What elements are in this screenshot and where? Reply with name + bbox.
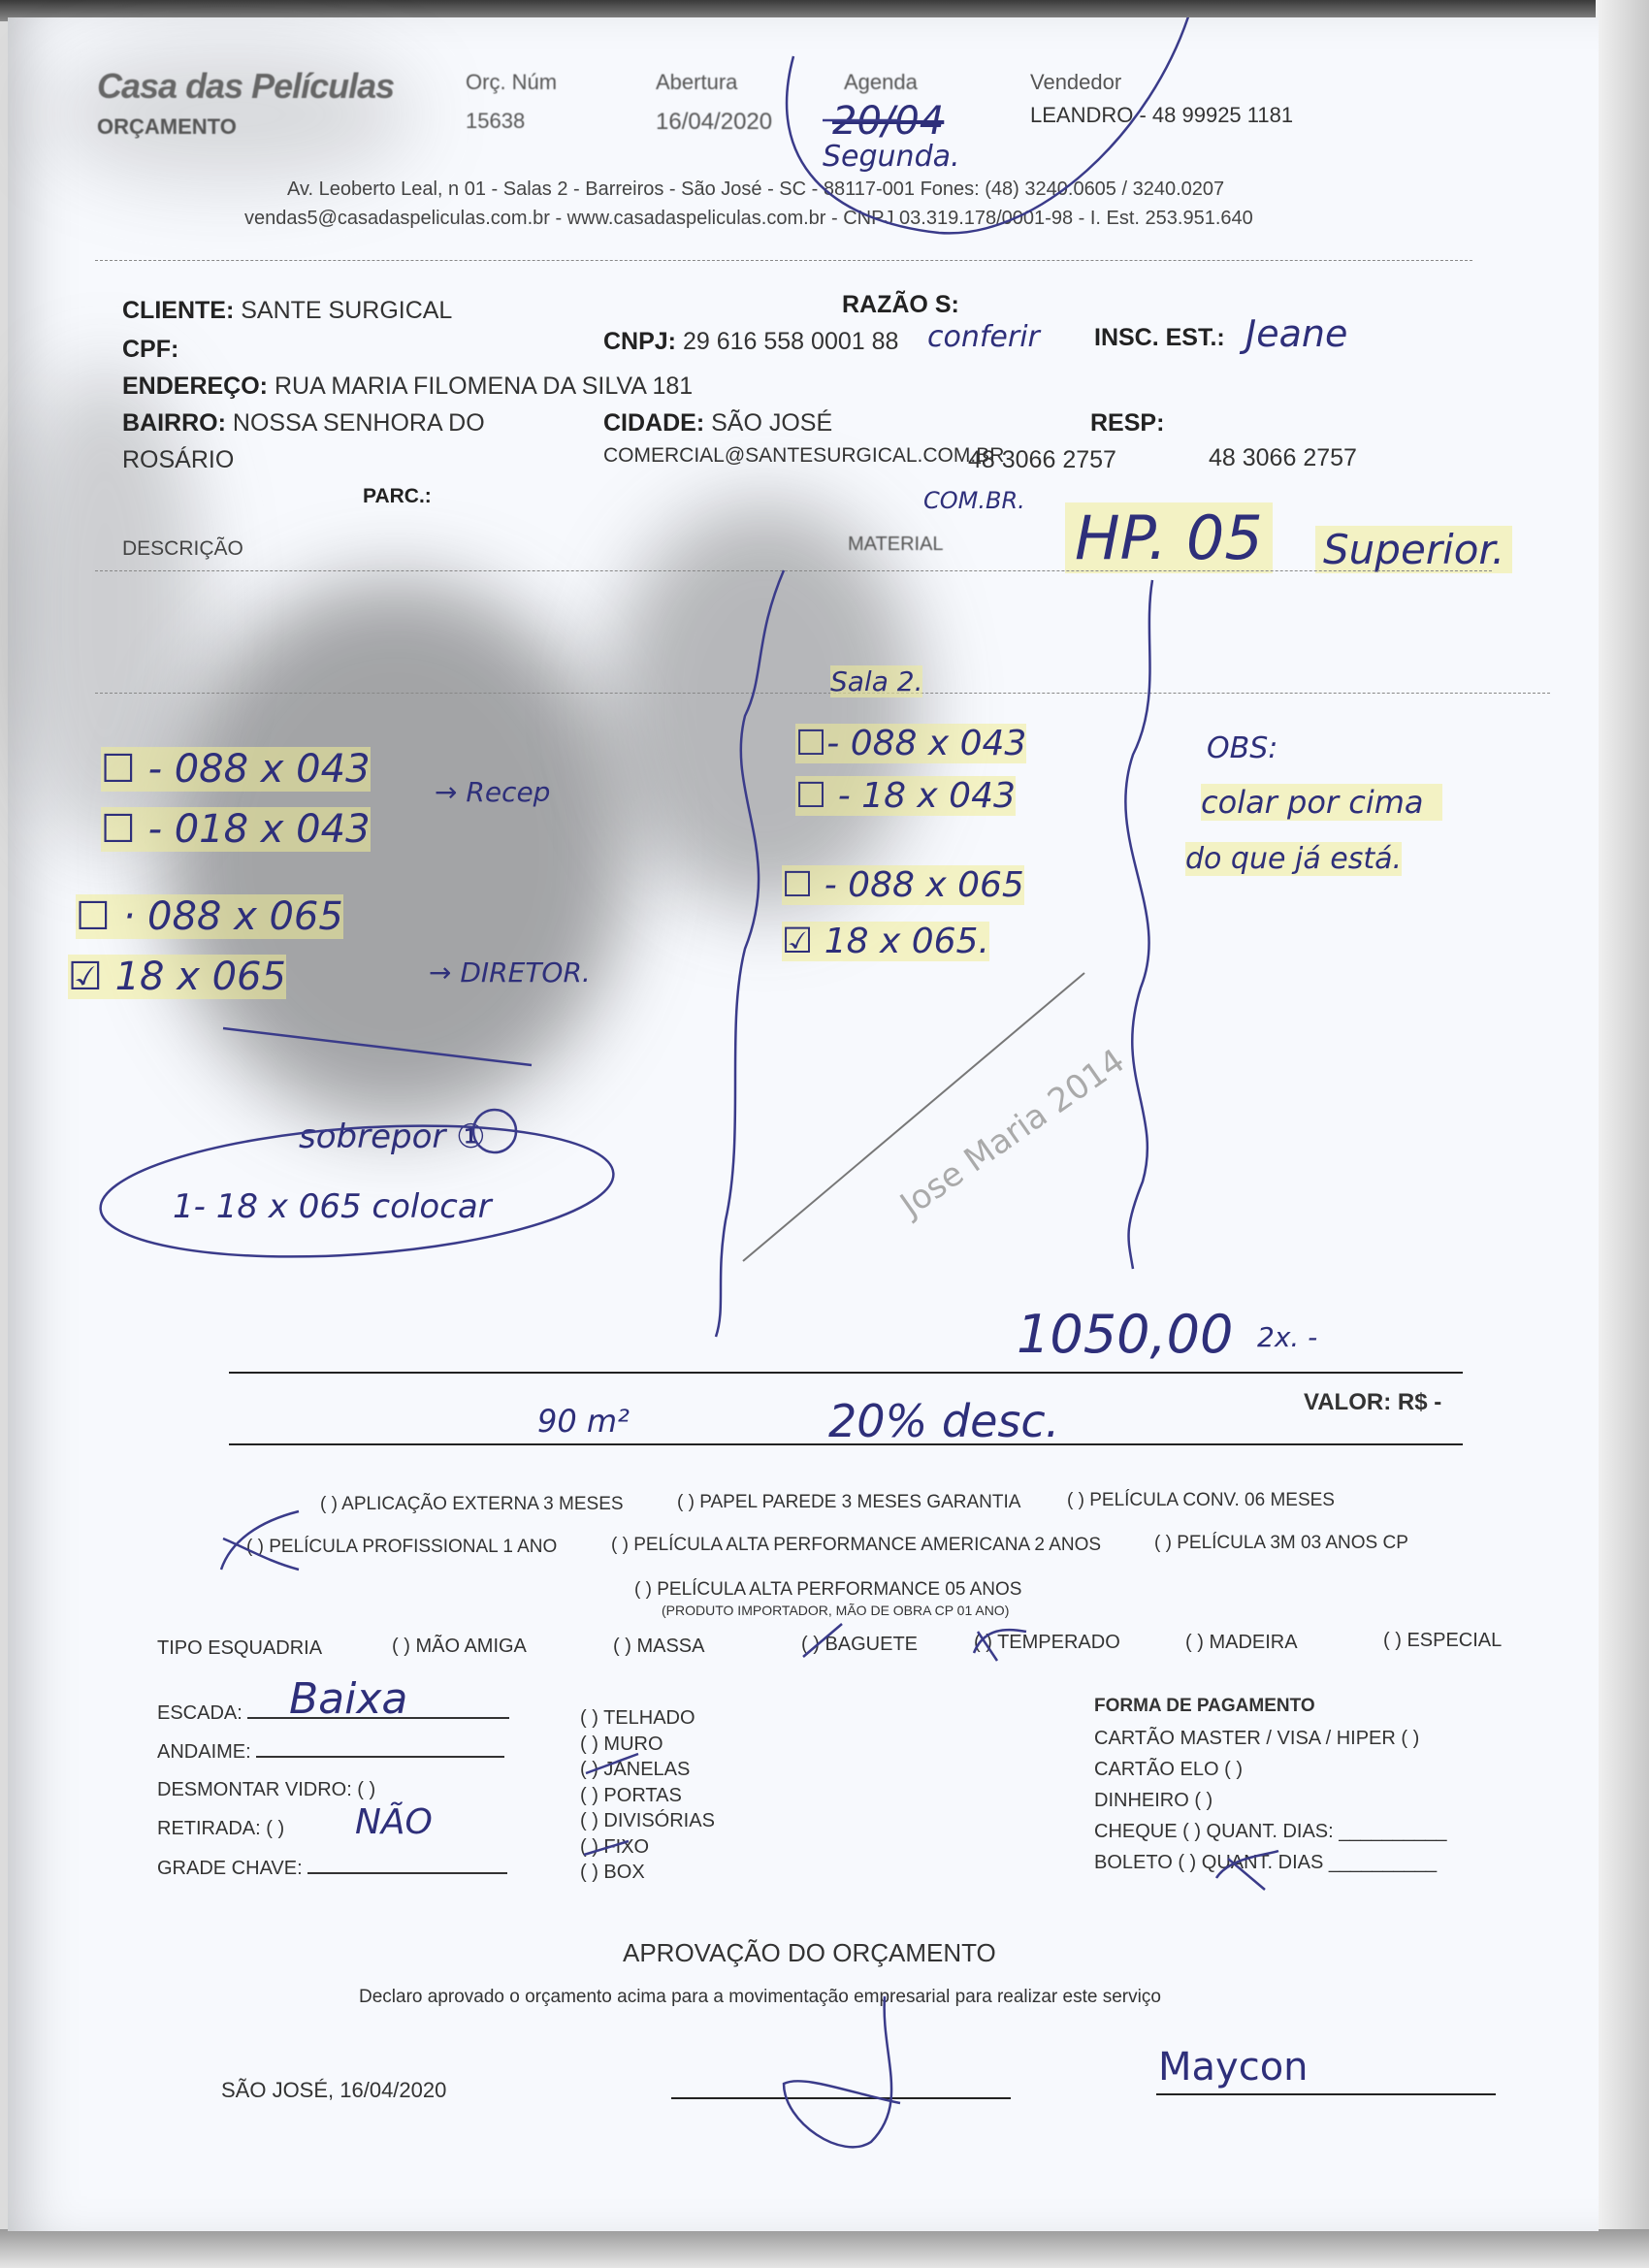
handwritten-total: 1050,00	[1017, 1304, 1233, 1365]
escada-label: ESCADA:	[157, 1702, 242, 1724]
budget-document: Casa das Películas ORÇAMENTO Orç. Núm 15…	[8, 17, 1599, 2231]
obs-label: OBS:	[1207, 731, 1277, 765]
option-label: TEMPERADO	[997, 1632, 1120, 1653]
film-option-alta-05-sub: (PRODUTO IMPORTADOR, MÃO DE OBRA CP 01 A…	[662, 1603, 1009, 1618]
location-option-box[interactable]: ( ) BOX	[580, 1860, 715, 1886]
cnpj-field: CNPJ: 29 616 558 0001 88	[603, 328, 898, 356]
payment-option-2[interactable]: DINHEIRO ( )	[1094, 1785, 1446, 1816]
approval-title: APROVAÇÃO DO ORÇAMENTO	[623, 1938, 996, 1968]
endereco-value: RUA MARIA FILOMENA DA SILVA 181	[275, 373, 693, 400]
film-option-3m[interactable]: ( ) PELÍCULA 3M 03 ANOS CP	[1154, 1533, 1408, 1554]
cliente-field: CLIENTE: SANTE SURGICAL	[122, 297, 452, 325]
cliente-label: CLIENTE:	[122, 297, 234, 324]
client-signature-line[interactable]	[1156, 2093, 1496, 2095]
option-label: ESPECIAL	[1406, 1630, 1502, 1651]
bairro-field: BAIRRO: NOSSA SENHORA DO	[122, 409, 485, 437]
area-handwritten: 90 m²	[537, 1403, 630, 1440]
payment-option-0[interactable]: CARTÃO MASTER / VISA / HIPER ( )	[1094, 1723, 1446, 1754]
email-value: COMERCIAL@SANTESURGICAL.COM.BR	[603, 444, 1004, 468]
divider	[95, 260, 1472, 261]
scanner-bottom-edge	[0, 2229, 1649, 2268]
place-date: SÃO JOSÉ, 16/04/2020	[221, 2078, 446, 2103]
option-label: PELÍCULA ALTA PERFORMANCE 05 ANOS	[657, 1579, 1021, 1600]
material-note: Superior.	[1315, 526, 1512, 573]
item-left-4-note: → DIRETOR.	[429, 956, 591, 988]
company-contact: vendas5@casadaspeliculas.com.br - www.ca…	[244, 208, 1253, 230]
item-size: 18 x 065	[115, 955, 286, 999]
shadow-blot	[609, 502, 920, 910]
location-option-janelas[interactable]: ( ) JANELAS	[580, 1757, 715, 1783]
option-label: MÃO AMIGA	[415, 1636, 526, 1657]
esquadria-temperado[interactable]: ( ) TEMPERADO	[974, 1632, 1120, 1654]
item-left-2: ☐ - 018 x 043	[101, 807, 371, 852]
item-size: 018 x 043	[175, 807, 371, 852]
approval-declaration: Declaro aprovado o orçamento acima para …	[359, 1987, 1161, 2008]
circled-title: sobrepor ①	[299, 1118, 486, 1156]
checkbox-mark: ☑	[782, 922, 813, 961]
material-label: MATERIAL	[848, 534, 944, 556]
location-option-portas[interactable]: ( ) PORTAS	[580, 1783, 715, 1809]
valor-label: VALOR: R$ -	[1304, 1389, 1441, 1416]
cnpj-handwritten-note: conferir	[927, 320, 1040, 354]
divider	[95, 693, 1550, 694]
item-mid-3: ☐ - 088 x 065	[782, 865, 1024, 905]
esquadria-madeira[interactable]: ( ) MADEIRA	[1185, 1632, 1298, 1654]
scanner-right-edge	[1596, 0, 1649, 2268]
option-label: BAGUETE	[824, 1634, 918, 1655]
item-size: 18 x 065.	[824, 922, 989, 961]
retirada-handwritten: NÃO	[355, 1802, 433, 1842]
orc-num-value: 15638	[466, 109, 525, 134]
orc-num-label: Orç. Núm	[466, 70, 557, 95]
valor-line	[229, 1443, 1463, 1445]
andaime-field[interactable]: ANDAIME:	[157, 1740, 504, 1764]
email-handwritten-fix: COM.BR.	[923, 487, 1025, 514]
bairro-label: BAIRRO:	[122, 409, 226, 437]
insc-est-label: INSC. EST.:	[1094, 324, 1225, 352]
item-size: 088 x 043	[175, 747, 371, 792]
obs-line-1: colar por cima	[1201, 784, 1442, 821]
payment-option-3[interactable]: CHEQUE ( ) QUANT. DIAS: __________	[1094, 1816, 1446, 1847]
abertura-value: 16/04/2020	[656, 109, 772, 136]
location-option-telhado[interactable]: ( ) TELHADO	[580, 1705, 715, 1732]
endereco-label: ENDEREÇO:	[122, 373, 268, 400]
checkbox-mark: ☐	[795, 776, 826, 816]
option-label: APLICAÇÃO EXTERNA 3 MESES	[341, 1494, 623, 1514]
cpf-label: CPF:	[122, 336, 178, 364]
option-label: PELÍCULA ALTA PERFORMANCE AMERICANA 2 AN…	[633, 1535, 1101, 1555]
escada-handwritten: Baixa	[289, 1674, 407, 1724]
retirada-field[interactable]: RETIRADA: ( )	[157, 1818, 284, 1840]
option-label: PELÍCULA CONV. 06 MESES	[1089, 1490, 1335, 1510]
payment-options: CARTÃO MASTER / VISA / HIPER ( )CARTÃO E…	[1094, 1723, 1446, 1878]
obs-line-2: do que já está.	[1185, 842, 1402, 876]
item-mid-1: ☐- 088 x 043	[795, 724, 1026, 763]
resp-phone: 48 3066 2757	[1209, 444, 1357, 472]
phone-value: 48 3066 2757	[968, 446, 1116, 474]
material-handwritten: HP. 05	[1065, 502, 1273, 573]
shadow-blot	[163, 580, 629, 1123]
item-left-4: ☑ 18 x 065	[68, 955, 286, 999]
payment-option-4[interactable]: BOLETO ( ) QUANT. DIAS __________	[1094, 1847, 1446, 1878]
esquadria-label: TIPO ESQUADRIA	[157, 1637, 322, 1660]
andaime-label: ANDAIME:	[157, 1741, 251, 1763]
vendedor-label: Vendedor	[1030, 70, 1121, 95]
item-size: 088 x 065	[848, 865, 1024, 905]
film-option-alta-05[interactable]: ( ) PELÍCULA ALTA PERFORMANCE 05 ANOS	[634, 1579, 1021, 1601]
agenda-label: Agenda	[844, 70, 918, 95]
company-address: Av. Leoberto Leal, n 01 - Salas 2 - Barr…	[287, 178, 1224, 201]
checkbox-mark: ☐	[782, 865, 813, 905]
location-option-fixo[interactable]: ( ) FIXO	[580, 1834, 715, 1861]
cidade-field: CIDADE: SÃO JOSÉ	[603, 409, 832, 437]
circled-text: 1- 18 x 065 colocar	[173, 1187, 492, 1226]
item-size: 18 x 043	[861, 776, 1016, 816]
checkbox-mark: ☐	[76, 894, 111, 939]
checkbox-mark: ☑	[68, 955, 103, 999]
bairro-value: NOSSA SENHORA DO	[233, 409, 485, 437]
film-option-profissional[interactable]: ( ) PELÍCULA PROFISSIONAL 1 ANO	[246, 1537, 557, 1558]
vendedor-value: LEANDRO - 48 99925 1181	[1030, 103, 1293, 128]
film-option-papel[interactable]: ( ) PAPEL PAREDE 3 MESES GARANTIA	[677, 1492, 1020, 1513]
item-mid-4: ☑ 18 x 065.	[782, 922, 989, 961]
grade-field[interactable]: GRADE CHAVE:	[157, 1857, 507, 1880]
option-label: MADEIRA	[1209, 1632, 1297, 1653]
cidade-label: CIDADE:	[603, 409, 704, 437]
esquadria-especial[interactable]: ( ) ESPECIAL	[1383, 1630, 1502, 1652]
total-line	[229, 1372, 1463, 1374]
sala-heading: Sala 2.	[830, 665, 922, 697]
item-left-1: ☐ - 088 x 043	[101, 747, 371, 792]
desmontar-field[interactable]: DESMONTAR VIDRO: ( )	[157, 1779, 375, 1801]
grade-label: GRADE CHAVE:	[157, 1858, 303, 1879]
seller-signature-line[interactable]	[671, 2097, 1011, 2099]
bairro-value-line2: ROSÁRIO	[122, 446, 234, 474]
razao-label: RAZÃO S:	[842, 291, 959, 319]
location-options: ( ) TELHADO( ) MURO( ) JANELAS( ) PORTAS…	[580, 1705, 715, 1886]
option-label: MASSA	[636, 1636, 704, 1657]
descricao-label: DESCRIÇÃO	[122, 537, 243, 561]
divider	[95, 570, 1492, 571]
company-logo: Casa das Películas	[97, 66, 394, 107]
option-label: PELÍCULA PROFISSIONAL 1 ANO	[269, 1537, 557, 1557]
item-size: 088 x 043	[851, 724, 1027, 763]
checkbox-mark: ☐	[795, 724, 826, 763]
film-option-externa[interactable]: ( ) APLICAÇÃO EXTERNA 3 MESES	[320, 1494, 624, 1515]
client-signature: Maycon	[1158, 2045, 1309, 2090]
item-mid-2: ☐ - 18 x 043	[795, 776, 1016, 816]
endereco-field: ENDEREÇO: RUA MARIA FILOMENA DA SILVA 18…	[122, 373, 693, 401]
insc-est-handwritten: Jeane	[1245, 312, 1347, 355]
cliente-value: SANTE SURGICAL	[241, 297, 452, 324]
agenda-handwritten-note: Segunda.	[823, 140, 960, 174]
abertura-label: Abertura	[656, 70, 737, 95]
esquadria-baguete[interactable]: ( ) BAGUETE	[801, 1634, 918, 1656]
esquadria-mao-amiga[interactable]: ( ) MÃO AMIGA	[392, 1636, 527, 1658]
item-size: 088 x 065	[147, 894, 343, 939]
film-option-americana[interactable]: ( ) PELÍCULA ALTA PERFORMANCE AMERICANA …	[611, 1535, 1101, 1556]
checkbox-mark: ☐	[101, 807, 136, 852]
payment-option-1[interactable]: CARTÃO ELO ( )	[1094, 1754, 1446, 1785]
option-label: PELÍCULA 3M 03 ANOS CP	[1177, 1533, 1408, 1553]
location-option-muro[interactable]: ( ) MURO	[580, 1732, 715, 1758]
option-label: PAPEL PAREDE 3 MESES GARANTIA	[699, 1492, 1020, 1512]
resp-label: RESP:	[1090, 409, 1164, 437]
faded-pencil-note: Jose Maria 2014	[893, 1042, 1132, 1225]
cnpj-value: 29 616 558 0001 88	[683, 328, 898, 355]
cnpj-label: CNPJ:	[603, 328, 676, 355]
checkbox-mark: ☐	[101, 747, 136, 792]
cidade-value: SÃO JOSÉ	[711, 409, 832, 437]
item-left-1-note: → Recep	[435, 776, 550, 808]
location-option-divisórias[interactable]: ( ) DIVISÓRIAS	[580, 1808, 715, 1834]
parc-label: PARC.:	[363, 485, 432, 508]
discount-handwritten: 20% desc.	[828, 1395, 1059, 1447]
esquadria-massa[interactable]: ( ) MASSA	[613, 1636, 704, 1658]
agenda-handwritten-date: 20/04	[832, 99, 944, 144]
doc-type: ORÇAMENTO	[97, 114, 237, 140]
handwritten-installments: 2x. -	[1257, 1321, 1317, 1353]
payment-title: FORMA DE PAGAMENTO	[1094, 1696, 1315, 1717]
item-left-3: ☐ · 088 x 065	[76, 894, 343, 939]
film-option-conv[interactable]: ( ) PELÍCULA CONV. 06 MESES	[1067, 1490, 1335, 1511]
